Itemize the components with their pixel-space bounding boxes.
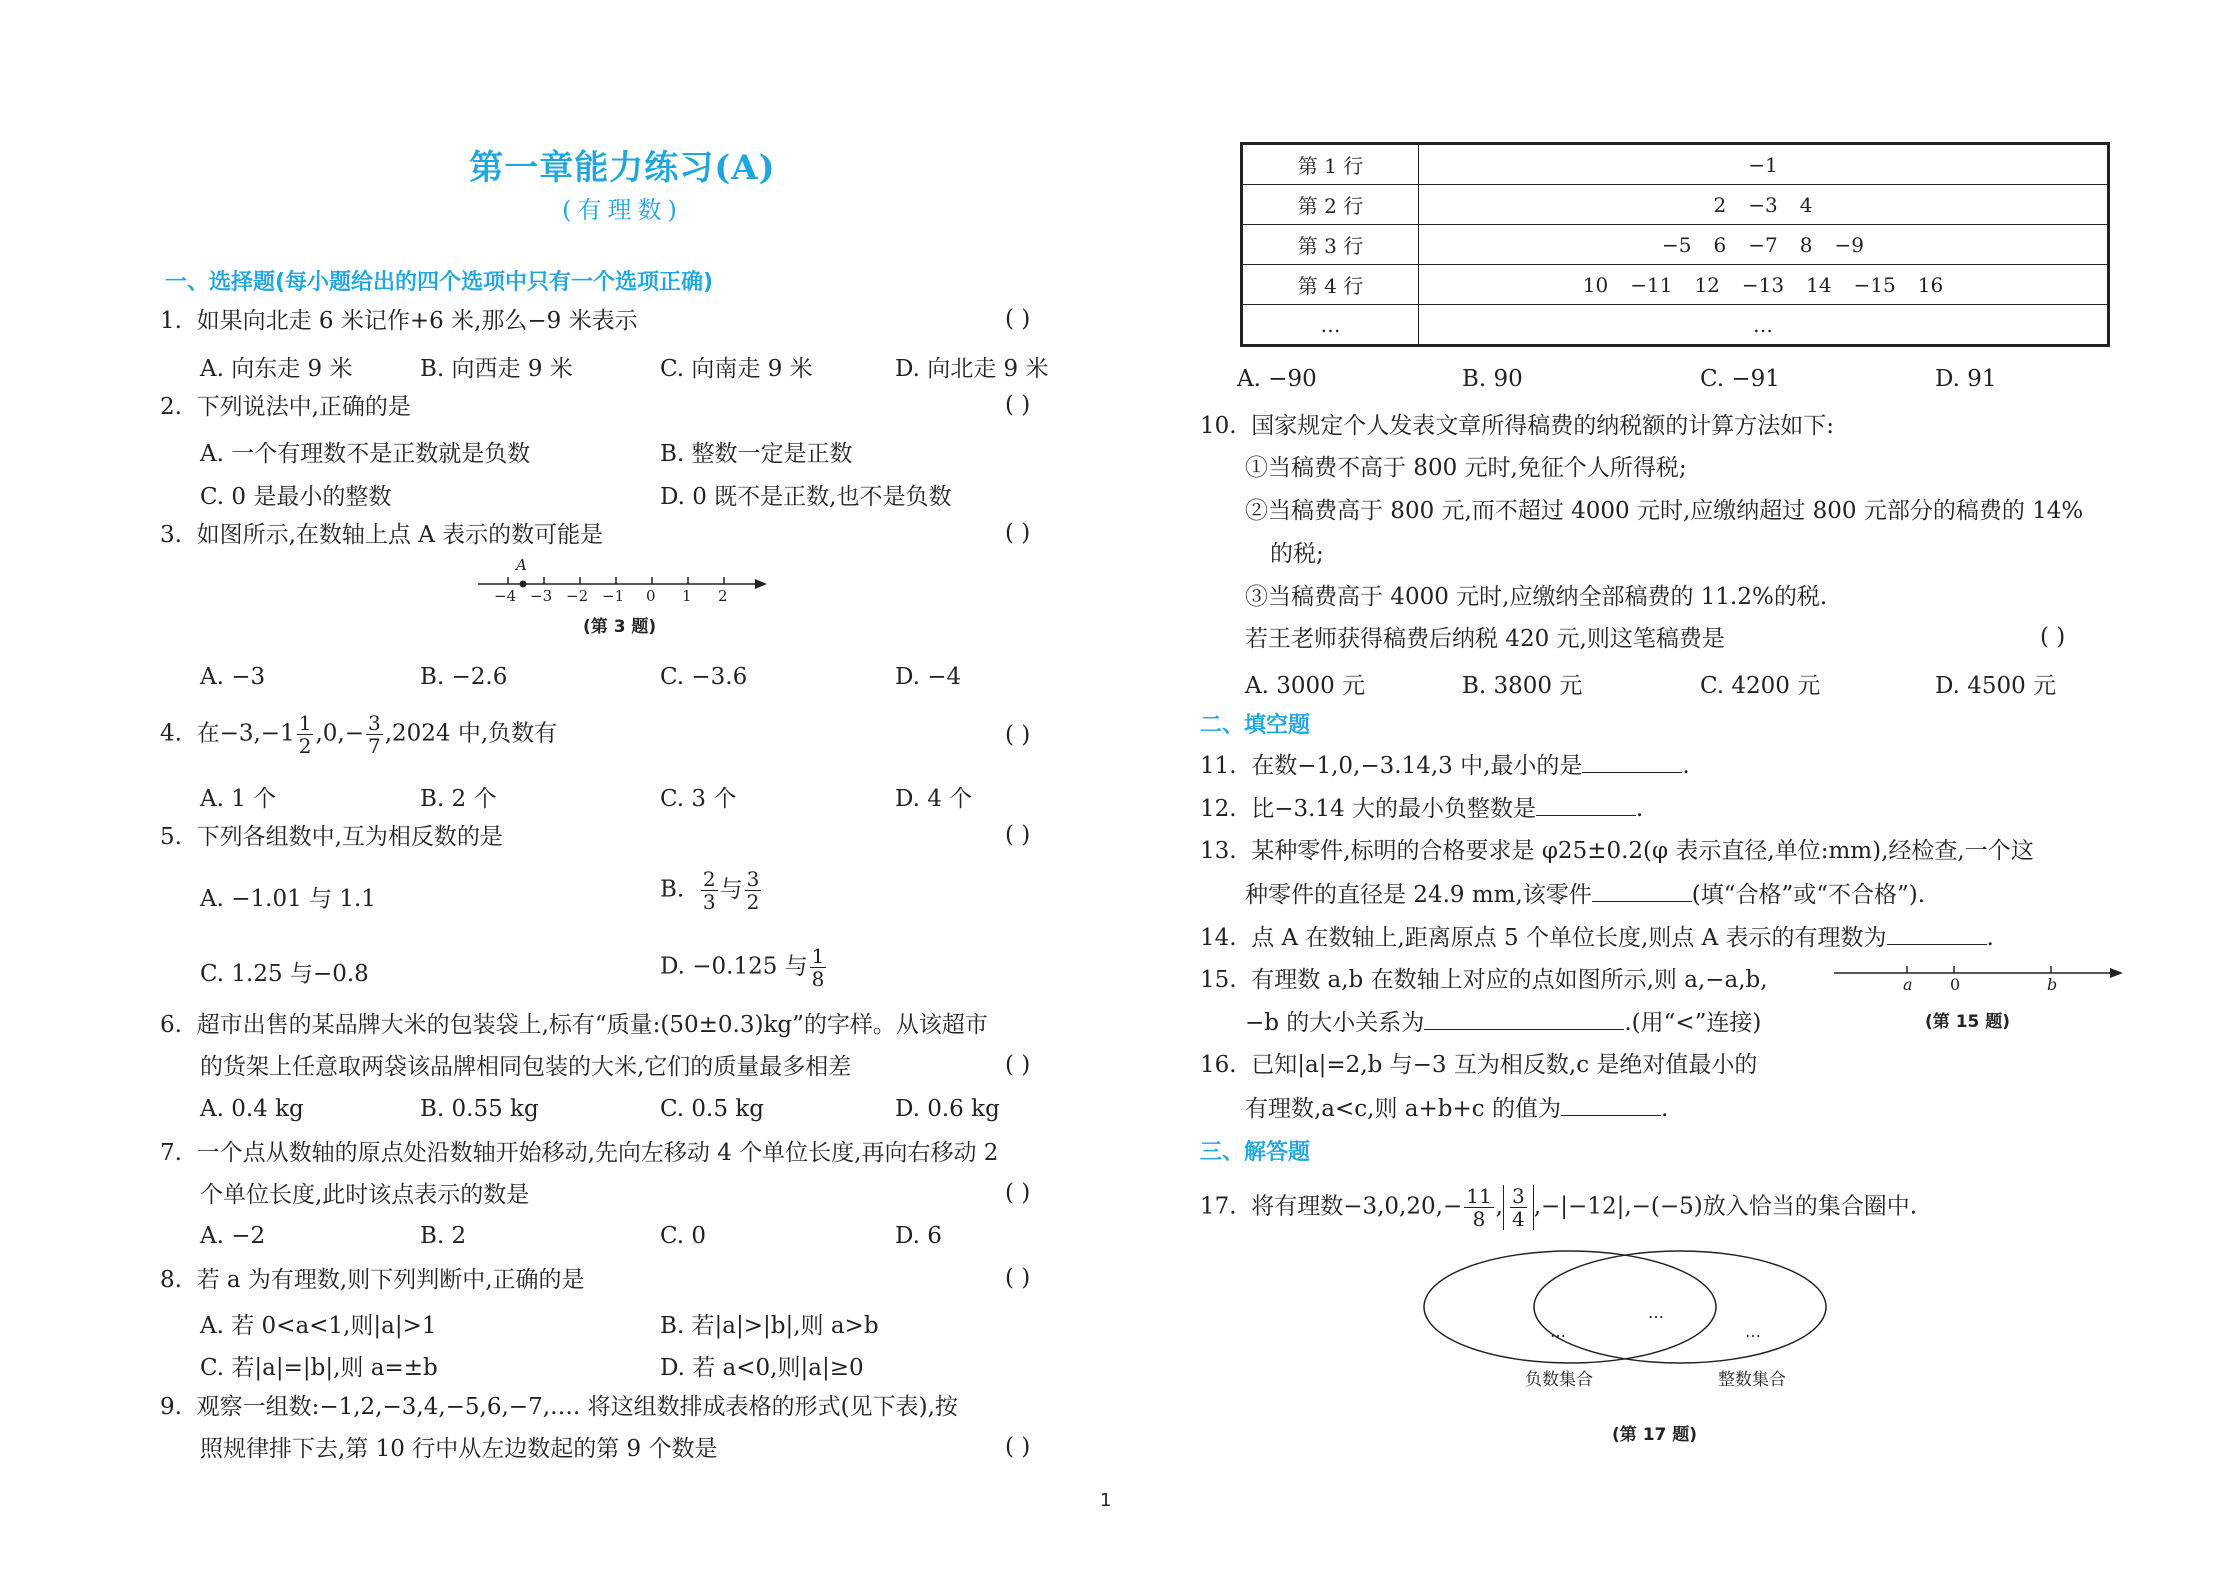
answer-paren[interactable]: ( ) bbox=[2040, 624, 2065, 650]
q2-option-b[interactable]: B. 整数一定是正数 bbox=[660, 435, 853, 468]
question-text: 下列各组数中,互为相反数的是 bbox=[197, 824, 503, 850]
row-values: 2−34 bbox=[1419, 185, 2109, 225]
question-text: 如果向北走 6 米记作+6 米,那么−9 米表示 bbox=[197, 308, 638, 334]
section-heading-solve: 三、解答题 bbox=[1200, 1135, 1310, 1166]
page-number: 1 bbox=[1100, 1490, 1111, 1511]
question-16-line-2: 有理数,a<c,则 a+b+c 的值为. bbox=[1245, 1093, 1668, 1124]
question-12: 12. 比−3.14 大的最小负整数是. bbox=[1200, 793, 1643, 824]
q1-option-a[interactable]: A. 向东走 9 米 bbox=[200, 350, 353, 383]
q3-option-a[interactable]: A. −3 bbox=[200, 664, 265, 690]
question-number: 11. bbox=[1200, 753, 1237, 779]
q2-option-a[interactable]: A. 一个有理数不是正数就是负数 bbox=[200, 435, 530, 468]
q3-option-c[interactable]: C. −3.6 bbox=[660, 664, 747, 690]
question-13: 13. 某种零件,标明的合格要求是 φ25±0.2(φ 表示直径,单位:mm),… bbox=[1200, 836, 2034, 866]
question-9-line-2: 照规律排下去,第 10 行中从左边数起的第 9 个数是 bbox=[200, 1434, 717, 1464]
fraction: 12 bbox=[297, 712, 314, 757]
question-10: 10. 国家规定个人发表文章所得稿费的纳税额的计算方法如下: bbox=[1200, 411, 1834, 441]
integer-set-ellipse bbox=[1534, 1251, 1826, 1363]
question-4: 4. 在−3,−112,0,−37,2024 中,负数有 bbox=[160, 712, 557, 757]
question-16: 16. 已知|a|=2,b 与−3 互为相反数,c 是绝对值最小的 bbox=[1200, 1050, 1757, 1080]
question-text: 国家规定个人发表文章所得稿费的纳税额的计算方法如下: bbox=[1251, 413, 1834, 439]
question-text: 在数−1,0,−3.14,3 中,最小的是 bbox=[1251, 753, 1582, 779]
row-label: 第 3 行 bbox=[1242, 225, 1419, 265]
question-text: 在−3,−1 bbox=[197, 721, 295, 747]
question-6: 6. 超市出售的某品牌大米的包装袋上,标有“质量:(50±0.3)kg”的字样。… bbox=[160, 1010, 988, 1040]
row-values: 10−1112−1314−1516 bbox=[1419, 265, 2109, 305]
question-text: 超市出售的某品牌大米的包装袋上,标有“质量:(50±0.3)kg”的字样。从该超… bbox=[197, 1012, 988, 1038]
answer-paren[interactable]: ( ) bbox=[1005, 822, 1030, 848]
label-zero: 0 bbox=[1950, 975, 1960, 994]
question-text: ,2024 中,负数有 bbox=[385, 721, 557, 747]
figure-caption-q15: (第 15 题) bbox=[1925, 1007, 2010, 1032]
table-row: … … bbox=[1242, 305, 2109, 346]
negative-set-ellipse bbox=[1424, 1251, 1716, 1363]
question-text: 某种零件,标明的合格要求是 φ25±0.2(φ 表示直径,单位:mm),经检查,… bbox=[1251, 838, 2034, 864]
table-row: 第 3 行 −56−78−9 bbox=[1242, 225, 2109, 265]
q6-option-a[interactable]: A. 0.4 kg bbox=[200, 1096, 304, 1122]
q10-rule-3: ③当稿费高于 4000 元时,应缴纳全部稿费的 11.2%的税. bbox=[1245, 582, 1827, 612]
tick-label: 2 bbox=[718, 587, 728, 605]
q6-option-d[interactable]: D. 0.6 kg bbox=[895, 1096, 1000, 1122]
section-heading-fill: 二、填空题 bbox=[1200, 708, 1310, 739]
answer-paren[interactable]: ( ) bbox=[1005, 306, 1030, 332]
question-2: 2. 下列说法中,正确的是 bbox=[160, 392, 411, 422]
question-text: 如图所示,在数轴上点 A 表示的数可能是 bbox=[197, 522, 604, 548]
integer-set-label: 整数集合 bbox=[1718, 1365, 1786, 1390]
question-number: 10. bbox=[1200, 413, 1237, 439]
question-number: 5. bbox=[160, 824, 182, 850]
question-3: 3. 如图所示,在数轴上点 A 表示的数可能是 bbox=[160, 520, 603, 550]
q3-option-b[interactable]: B. −2.6 bbox=[420, 664, 507, 690]
question-text: 已知|a|=2,b 与−3 互为相反数,c 是绝对值最小的 bbox=[1251, 1052, 1757, 1078]
fraction: 37 bbox=[366, 712, 383, 757]
q6-option-c[interactable]: C. 0.5 kg bbox=[660, 1096, 764, 1122]
q3-option-d[interactable]: D. −4 bbox=[895, 664, 961, 690]
q1-option-c[interactable]: C. 向南走 9 米 bbox=[660, 350, 813, 383]
answer-blank[interactable] bbox=[1536, 793, 1636, 816]
q5-option-c[interactable]: C. 1.25 与−0.8 bbox=[200, 955, 369, 988]
table-row: 第 1 行 −1 bbox=[1242, 144, 2109, 185]
answer-paren[interactable]: ( ) bbox=[1005, 1434, 1030, 1460]
table-row: 第 4 行 10−1112−1314−1516 bbox=[1242, 265, 2109, 305]
answer-blank[interactable] bbox=[1424, 1007, 1624, 1030]
question-15: 15. 有理数 a,b 在数轴上对应的点如图所示,则 a,−a,b, bbox=[1200, 965, 1768, 995]
q7-option-b[interactable]: B. 2 bbox=[420, 1223, 466, 1249]
q1-option-d[interactable]: D. 向北走 9 米 bbox=[895, 350, 1049, 383]
tick-label: 1 bbox=[682, 587, 692, 605]
question-11: 11. 在数−1,0,−3.14,3 中,最小的是. bbox=[1200, 750, 1690, 781]
q7-option-d[interactable]: D. 6 bbox=[895, 1223, 942, 1249]
answer-blank[interactable] bbox=[1561, 1093, 1661, 1116]
row-label: 第 4 行 bbox=[1242, 265, 1419, 305]
question-text: 有理数 a,b 在数轴上对应的点如图所示,则 a,−a,b, bbox=[1251, 967, 1767, 993]
q10-option-b[interactable]: B. 3800 元 bbox=[1462, 667, 1582, 700]
point-a-marker bbox=[520, 581, 527, 588]
q8-option-a[interactable]: A. 若 0<a<1,则|a|>1 bbox=[200, 1307, 437, 1340]
question-number: 17. bbox=[1200, 1194, 1237, 1220]
row-label: 第 1 行 bbox=[1242, 144, 1419, 185]
q6-option-b[interactable]: B. 0.55 kg bbox=[420, 1096, 539, 1122]
question-number: 13. bbox=[1200, 838, 1237, 864]
sequence-table: 第 1 行 −1 第 2 行 2−34 第 3 行 −56−78−9 第 4 行… bbox=[1240, 142, 2110, 347]
row-values: … bbox=[1419, 305, 2109, 346]
question-text: 将有理数−3,0,20,− bbox=[1251, 1194, 1462, 1220]
figure-caption-q17: (第 17 题) bbox=[1612, 1420, 1697, 1445]
fraction: 118 bbox=[1464, 1185, 1493, 1230]
answer-blank[interactable] bbox=[1887, 922, 1987, 945]
q8-option-d[interactable]: D. 若 a<0,则|a|≥0 bbox=[660, 1349, 864, 1382]
question-text: 比−3.14 大的最小负整数是 bbox=[1251, 796, 1536, 822]
negative-set-dots[interactable]: … bbox=[1550, 1322, 1566, 1341]
question-6-line-2: 的货架上任意取两袋该品牌相同包装的大米,它们的质量最多相差 bbox=[200, 1052, 851, 1082]
q9-option-b[interactable]: B. 90 bbox=[1462, 366, 1523, 392]
q8-option-b[interactable]: B. 若|a|>|b|,则 a>b bbox=[660, 1307, 879, 1340]
table-row: 第 2 行 2−34 bbox=[1242, 185, 2109, 225]
tick-label: 0 bbox=[646, 587, 656, 605]
answer-paren[interactable]: ( ) bbox=[1005, 1052, 1030, 1078]
question-1: 1. 如果向北走 6 米记作+6 米,那么−9 米表示 bbox=[160, 306, 638, 336]
question-number: 7. bbox=[160, 1140, 182, 1166]
q8-option-c[interactable]: C. 若|a|=|b|,则 a=±b bbox=[200, 1349, 438, 1382]
answer-paren[interactable]: ( ) bbox=[1005, 722, 1030, 748]
page-title: 第一章能力练习(A) bbox=[0, 140, 1245, 189]
question-13-line-2: 种零件的直径是 24.9 mm,该零件(填“合格”或“不合格”). bbox=[1245, 879, 1925, 910]
q4-option-d[interactable]: D. 4 个 bbox=[895, 780, 972, 813]
row-label: 第 2 行 bbox=[1242, 185, 1419, 225]
question-number: 4. bbox=[160, 721, 182, 747]
tick-label: −3 bbox=[530, 587, 552, 605]
page-subtitle: (有理数) bbox=[0, 190, 1245, 225]
q9-option-c[interactable]: C. −91 bbox=[1700, 366, 1780, 392]
q5-option-a[interactable]: A. −1.01 与 1.1 bbox=[200, 880, 376, 913]
q9-option-d[interactable]: D. 91 bbox=[1935, 366, 1997, 392]
question-number: 2. bbox=[160, 394, 182, 420]
absolute-value: 34 bbox=[1503, 1185, 1534, 1230]
q7-option-a[interactable]: A. −2 bbox=[200, 1223, 265, 1249]
q10-rule-2-cont: 的税; bbox=[1270, 539, 1324, 569]
question-9: 9. 观察一组数:−1,2,−3,4,−5,6,−7,…. 将这组数排成表格的形… bbox=[160, 1392, 958, 1422]
answer-paren[interactable]: ( ) bbox=[1005, 1265, 1030, 1291]
answer-blank[interactable] bbox=[1592, 879, 1692, 902]
question-text: ,−|−12|,−(−5)放入恰当的集合圈中. bbox=[1534, 1194, 1917, 1220]
question-text: 下列说法中,正确的是 bbox=[197, 394, 411, 420]
section-heading-choice: 一、选择题(每小题给出的四个选项中只有一个选项正确) bbox=[165, 265, 713, 296]
figure-caption-q3: (第 3 题) bbox=[583, 612, 656, 637]
question-7: 7. 一个点从数轴的原点处沿数轴开始移动,先向左移动 4 个单位长度,再向右移动… bbox=[160, 1138, 998, 1168]
question-number: 9. bbox=[160, 1394, 182, 1420]
question-number: 3. bbox=[160, 522, 182, 548]
option-label: B. bbox=[660, 877, 684, 903]
q1-option-b[interactable]: B. 向西走 9 米 bbox=[420, 350, 573, 383]
answer-paren[interactable]: ( ) bbox=[1005, 1180, 1030, 1206]
row-label: … bbox=[1242, 305, 1419, 346]
question-number: 12. bbox=[1200, 796, 1237, 822]
question-5: 5. 下列各组数中,互为相反数的是 bbox=[160, 822, 503, 852]
q10-rule-2: ②当稿费高于 800 元,而不超过 4000 元时,应缴纳超过 800 元部分的… bbox=[1245, 496, 2083, 526]
question-text: 点 A 在数轴上,距离原点 5 个单位长度,则点 A 表示的有理数为 bbox=[1251, 925, 1886, 951]
label-b: b bbox=[2047, 975, 2057, 994]
intersection-dots[interactable]: … bbox=[1648, 1303, 1664, 1322]
q9-option-a[interactable]: A. −90 bbox=[1237, 366, 1317, 392]
answer-blank[interactable] bbox=[1582, 750, 1682, 773]
answer-paren[interactable]: ( ) bbox=[1005, 520, 1030, 546]
q5-option-b[interactable]: B. 23与32 bbox=[660, 868, 763, 913]
q10-option-c[interactable]: C. 4200 元 bbox=[1700, 667, 1820, 700]
question-14: 14. 点 A 在数轴上,距离原点 5 个单位长度,则点 A 表示的有理数为. bbox=[1200, 922, 1994, 953]
question-number: 1. bbox=[160, 308, 182, 334]
question-15-line-2: −b 的大小关系为.(用“<”连接) bbox=[1245, 1007, 1761, 1038]
question-number: 6. bbox=[160, 1012, 182, 1038]
tick-label: −4 bbox=[494, 587, 516, 605]
question-number: 8. bbox=[160, 1267, 182, 1293]
question-number: 16. bbox=[1200, 1052, 1237, 1078]
point-a-label: A bbox=[516, 556, 527, 574]
question-number: 14. bbox=[1200, 925, 1237, 951]
label-a: a bbox=[1903, 975, 1913, 994]
q7-option-c[interactable]: C. 0 bbox=[660, 1223, 706, 1249]
row-values: −56−78−9 bbox=[1419, 225, 2109, 265]
q2-option-d[interactable]: D. 0 既不是正数,也不是负数 bbox=[660, 478, 952, 511]
row-values: −1 bbox=[1419, 144, 2109, 185]
negative-set-label: 负数集合 bbox=[1525, 1365, 1593, 1390]
q5-option-d[interactable]: D. −0.125 与18 bbox=[660, 945, 828, 990]
answer-paren[interactable]: ( ) bbox=[1005, 392, 1030, 418]
number-line-figure-q15 bbox=[1830, 955, 2130, 985]
question-8: 8. 若 a 为有理数,则下列判断中,正确的是 bbox=[160, 1265, 585, 1295]
question-text: ,0,− bbox=[315, 721, 364, 747]
q10-option-a[interactable]: A. 3000 元 bbox=[1245, 667, 1365, 700]
integer-set-dots[interactable]: … bbox=[1745, 1322, 1761, 1341]
q4-option-a[interactable]: A. 1 个 bbox=[200, 780, 276, 813]
question-number: 15. bbox=[1200, 967, 1237, 993]
q10-ask: 若王老师获得稿费后纳税 420 元,则这笔稿费是 bbox=[1245, 624, 1725, 654]
tick-label: −1 bbox=[602, 587, 624, 605]
q10-rule-1: ①当稿费不高于 800 元时,免征个人所得税; bbox=[1245, 453, 1687, 483]
question-text: 观察一组数:−1,2,−3,4,−5,6,−7,…. 将这组数排成表格的形式(见… bbox=[197, 1394, 958, 1420]
question-text: 一个点从数轴的原点处沿数轴开始移动,先向左移动 4 个单位长度,再向右移动 2 bbox=[197, 1140, 999, 1166]
q4-option-b[interactable]: B. 2 个 bbox=[420, 780, 496, 813]
q2-option-c[interactable]: C. 0 是最小的整数 bbox=[200, 478, 391, 511]
question-text: 若 a 为有理数,则下列判断中,正确的是 bbox=[197, 1267, 585, 1293]
option-label: D. −0.125 与 bbox=[660, 954, 808, 980]
question-17: 17. 将有理数−3,0,20,−118,34,−|−12|,−(−5)放入恰当… bbox=[1200, 1185, 1917, 1230]
tick-label: −2 bbox=[566, 587, 588, 605]
q4-option-c[interactable]: C. 3 个 bbox=[660, 780, 736, 813]
q10-option-d[interactable]: D. 4500 元 bbox=[1935, 667, 2056, 700]
question-7-line-2: 个单位长度,此时该点表示的数是 bbox=[200, 1180, 529, 1210]
